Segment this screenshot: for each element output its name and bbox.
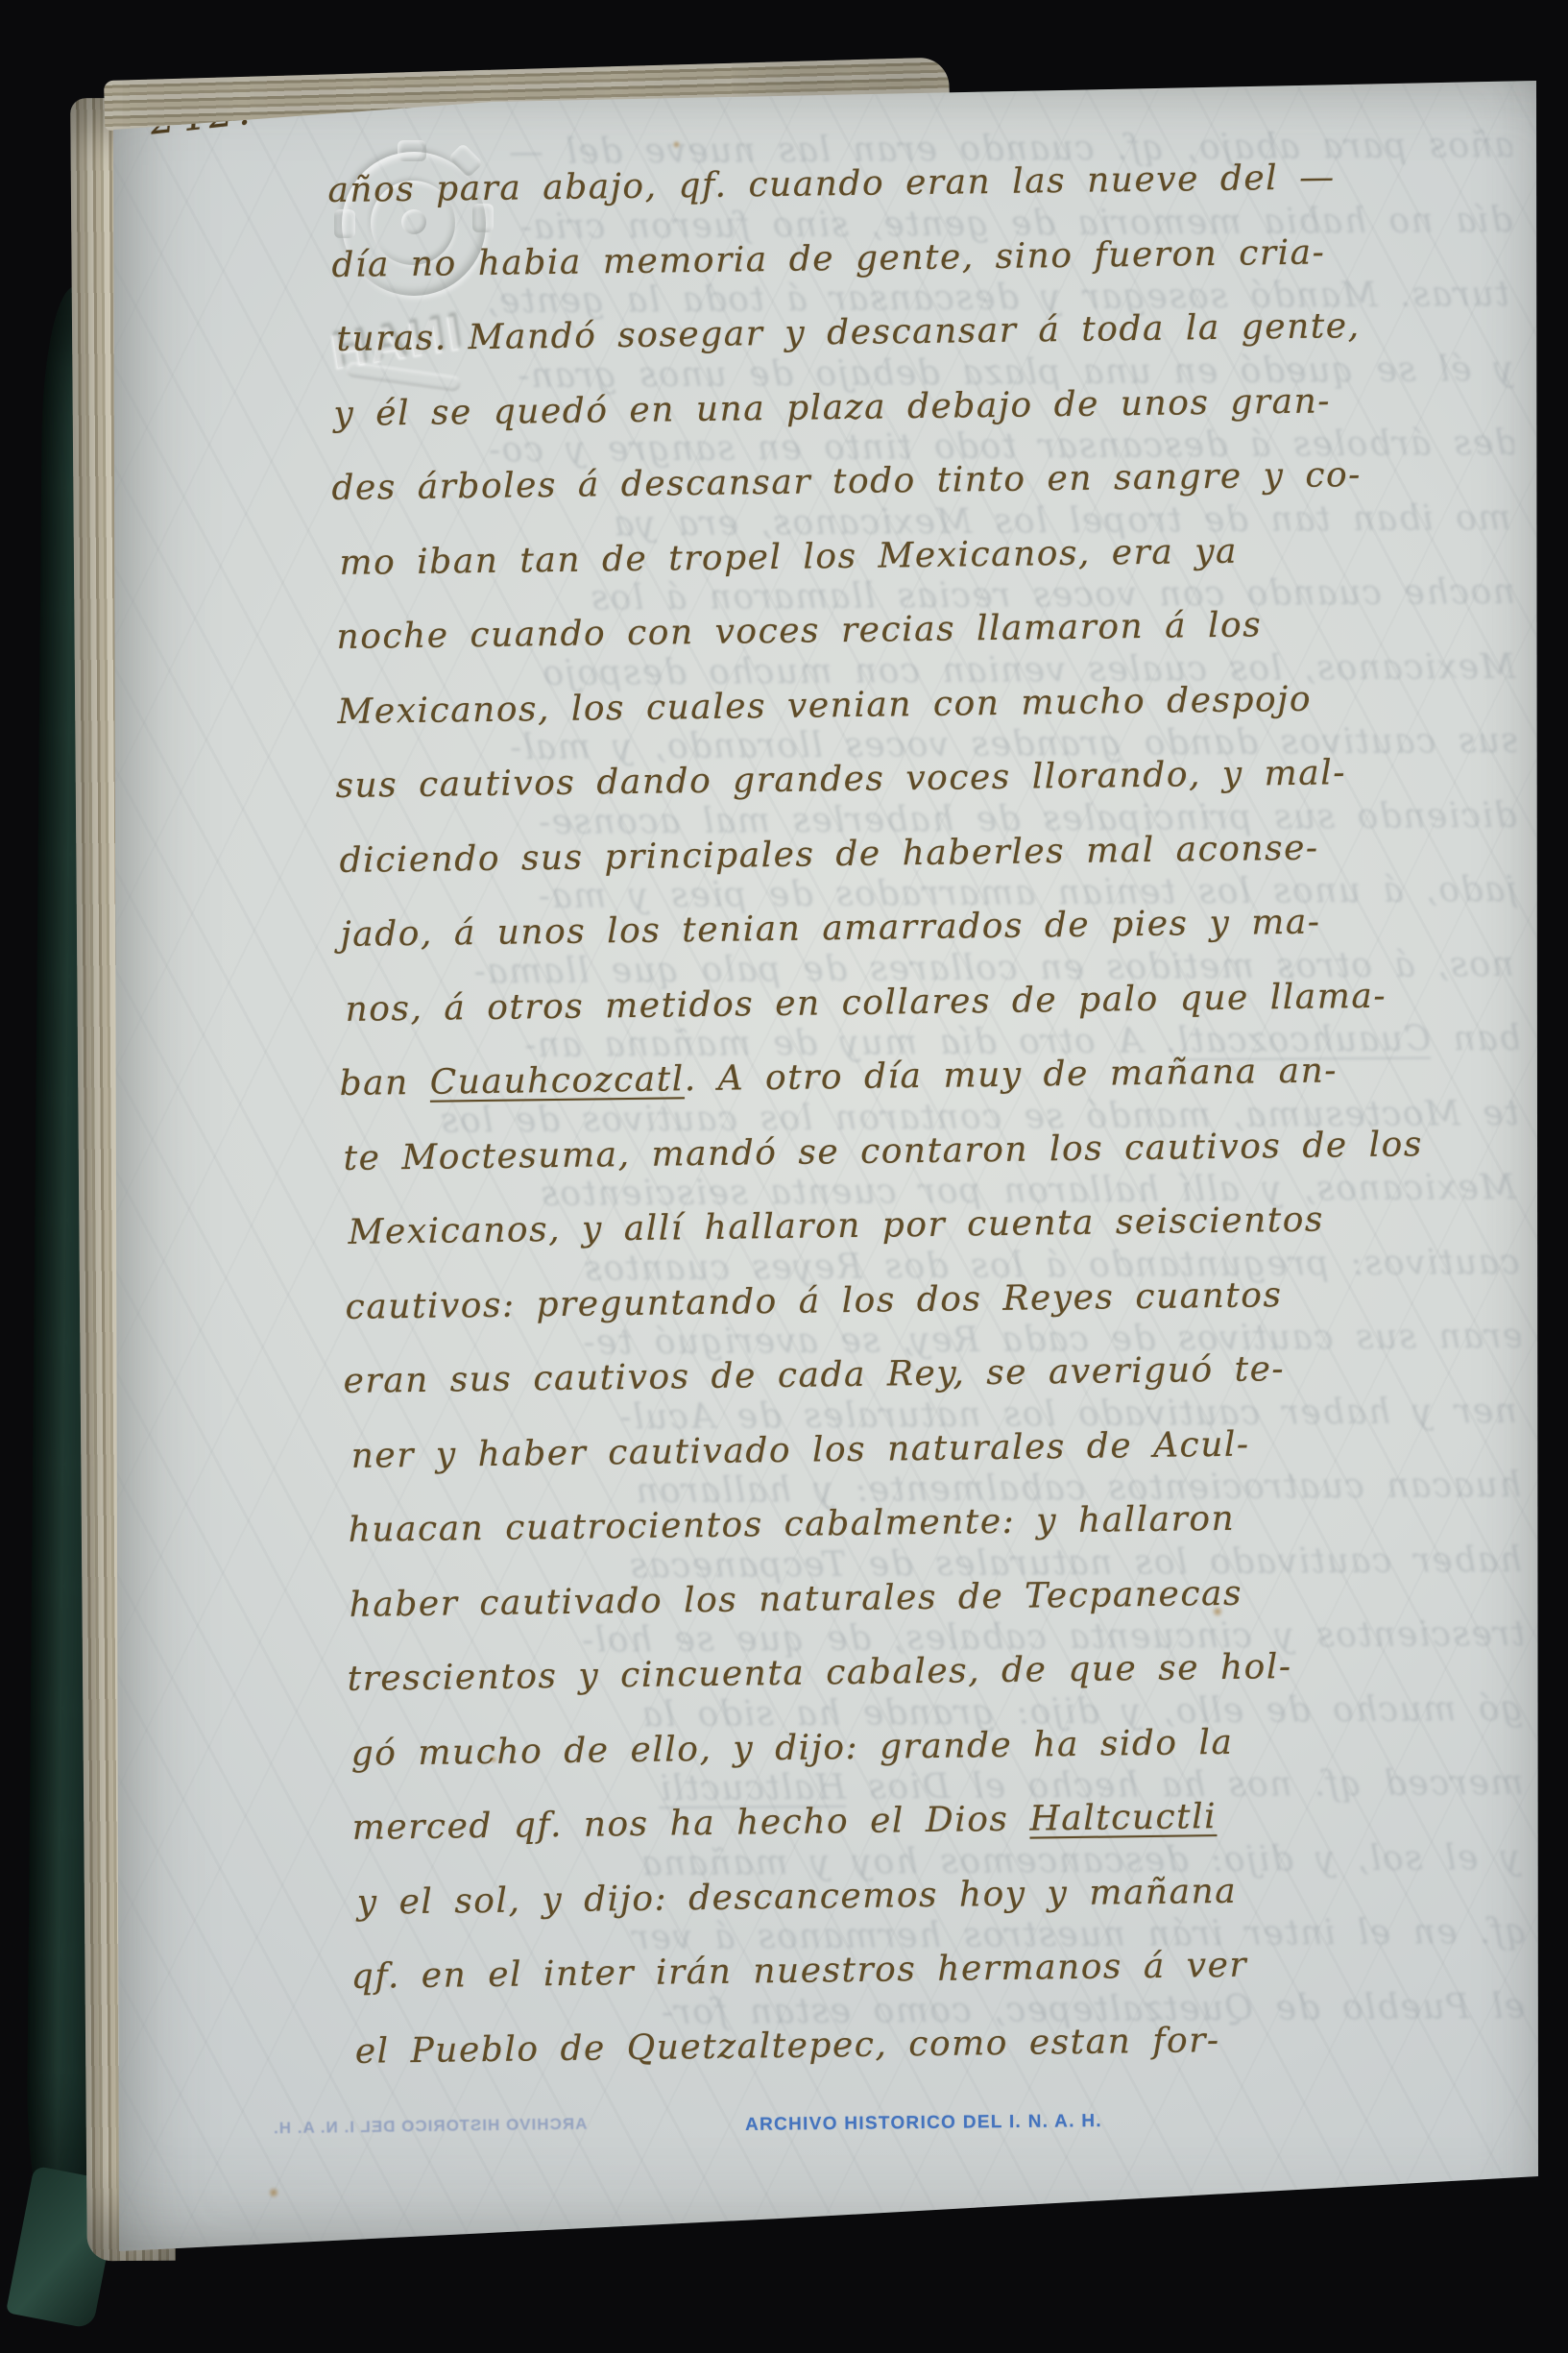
manuscript-page: años para abajo, qf. cuando eran las nue… — [108, 77, 1543, 2255]
foxing-speck — [1212, 1606, 1223, 1617]
line-text: día no habia memoria de gente, sino fuer… — [331, 232, 1325, 285]
line-text: cautivos: preguntando á los dos Reyes cu… — [345, 1275, 1282, 1327]
line-text: ner y haber cautivado los naturales de A… — [350, 1424, 1249, 1475]
line-text: eran sus cautivos de cada Rey, se averig… — [343, 1349, 1285, 1401]
line-text: des árboles á descansar todo tinto en sa… — [331, 455, 1362, 508]
manuscript-text: años para abajo, qf. cuando eran las nue… — [330, 144, 1532, 2095]
photo-background: { "document": { "page_number": "242.", "… — [0, 0, 1568, 2353]
archive-stamp-mirrored: ARCHIVO HISTORICO DEL I. N. A. H. — [273, 2115, 588, 2139]
line-text: diciendo sus principales de haberles mal… — [339, 828, 1319, 880]
line-text: te Moctesuma, mandó se contaron los caut… — [343, 1125, 1423, 1178]
line-text: Mexicanos, y allí hallaron por cuenta se… — [348, 1201, 1324, 1252]
line-text: noche cuando con voces recias llamaron á… — [336, 605, 1262, 657]
line-text: merced qf. nos ha hecho el Dios — [351, 1800, 1029, 1848]
line-text: gó mucho de ello, y dijo: grande ha sido… — [350, 1722, 1233, 1773]
line-text: el Pueblo de Quetzaltepec, como estan fo… — [355, 2021, 1220, 2072]
line-text: y el sol, y dijo: descancemos hoy y maña… — [356, 1871, 1237, 1922]
line-text: jado, á unos los tenian amarrados de pie… — [340, 903, 1320, 955]
line-text: años para abajo, qf. cuando eran las nue… — [327, 158, 1336, 210]
line-text: . A otro día muy de mañana an- — [684, 1051, 1338, 1099]
line-text: trescientos y cincuenta cabales, de que … — [347, 1647, 1291, 1699]
foxing-speck — [490, 1756, 497, 1763]
line-text: nos, á otros metidos en collares de palo… — [345, 976, 1387, 1029]
line-text: sus cautivos dando grandes voces llorand… — [335, 753, 1346, 806]
underlined-word: Haltcuctli — [1029, 1797, 1217, 1839]
line-text: ban — [339, 1063, 430, 1104]
underlined-word: Cuauhcozcatl — [429, 1059, 684, 1102]
line-text: turas. Mandó sosegar y descansar á toda … — [336, 306, 1361, 359]
line-text: haber cautivado los naturales de Tecpane… — [349, 1573, 1242, 1624]
line-text: y él se quedó en una plaza debajo de uno… — [333, 381, 1331, 434]
archive-stamp: ARCHIVO HISTORICO DEL I. N. A. H. — [745, 2111, 1102, 2136]
line-text: mo iban tan de tropel los Mexicanos, era… — [339, 531, 1238, 582]
foxing-speck — [269, 2186, 278, 2199]
line-text: qf. en el inter irán nuestros hermanos á… — [351, 1946, 1248, 1997]
line-text: Mexicanos, los cuales venian con mucho d… — [337, 679, 1312, 731]
line-text: huacan cuatrocientos cabalmente: y halla… — [348, 1499, 1235, 1550]
foxing-speck — [672, 140, 681, 149]
manuscript-line: el Pueblo de Quetzaltepec, como estan fo… — [354, 2004, 1532, 2095]
